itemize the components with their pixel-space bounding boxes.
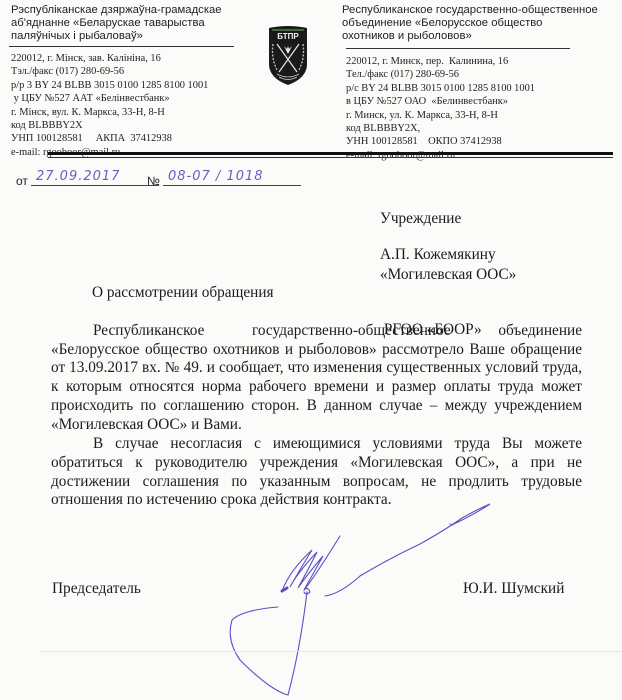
- body-paragraph: Республиканское государственно-обществен…: [51, 322, 582, 434]
- right-org-name: Республиканское государственно-обществен…: [342, 4, 602, 43]
- left-contact-line: код BLBBBY2X: [11, 119, 208, 132]
- date-label: от: [16, 174, 28, 188]
- left-org-name: Рэспубліканскае дзяржаўна-грамадскае аб'…: [11, 4, 236, 43]
- left-contact-line: Тэл./факс (017) 280-69-56: [11, 65, 208, 78]
- right-contact-line: УНН 100128581 ОКПО 37412938: [346, 135, 535, 148]
- letter-body: Республиканское государственно-обществен…: [51, 322, 582, 510]
- addressee-line: «Могилевская ООС»: [380, 266, 516, 285]
- header-separator-thin: [48, 157, 613, 158]
- left-header-rule: [9, 46, 234, 47]
- header-separator-thick: [48, 152, 613, 155]
- subject-line: О рассмотрении обращения: [92, 284, 274, 302]
- reference-line: от 27.09.2017 № 08-07 / 1018: [16, 170, 316, 190]
- left-contact-line: у ЦБУ №527 ААТ «Белінвестбанк»: [11, 92, 208, 105]
- right-contact-line: код BLBBBY2X,: [346, 122, 535, 135]
- right-contact-line: р/с BY 24 BLBB 3015 0100 1285 8100 1001: [346, 82, 535, 95]
- right-org-name-line: Республиканское государственно-обществен…: [342, 4, 602, 17]
- number-underline: [163, 185, 301, 186]
- right-header-rule: [346, 48, 570, 49]
- left-org-name-line: паляўнічых і рыбаловаў»: [11, 30, 236, 43]
- signatory-position: Председатель: [52, 580, 141, 598]
- emblem-icon: БТПР: [267, 24, 309, 86]
- date-underline: [31, 185, 159, 186]
- emblem-text: БТПР: [277, 32, 299, 41]
- date-value: 27.09.2017: [36, 169, 120, 184]
- number-value: 08-07 / 1018: [168, 169, 264, 184]
- right-contacts: 220012, г. Минск, пер. Калинина, 16 Тел.…: [346, 55, 535, 162]
- right-email: e-mail: rgooboor@mail.ru: [346, 149, 535, 162]
- right-contact-line: г. Минск, ул. К. Маркса, 33-Н, 8-Н: [346, 109, 535, 122]
- left-org-name-line: аб'яднанне «Беларускае таварыства: [11, 17, 236, 30]
- right-org-name-line: охотников и рыболовов»: [342, 30, 602, 43]
- paper-fold-line: [40, 651, 622, 652]
- left-contact-line: г. Мінск, вул. К. Маркса, 33-Н, 8-Н: [11, 106, 208, 119]
- right-contact-line: в ЦБУ №527 ОАО «Белинвестбанк»: [346, 95, 535, 108]
- left-org-name-line: Рэспубліканскае дзяржаўна-грамадскае: [11, 4, 236, 17]
- handwritten-signature: [190, 500, 510, 700]
- right-org-name-line: объединение «Белорусское общество: [342, 17, 602, 30]
- number-label: №: [147, 174, 160, 188]
- left-contacts: 220012, г. Мінск, зав. Калініна, 16 Тэл.…: [11, 52, 208, 159]
- left-contact-line: р/р 3 BY 24 BLBB 3015 0100 1285 8100 100…: [11, 79, 208, 92]
- left-contact-line: 220012, г. Мінск, зав. Калініна, 16: [11, 52, 208, 65]
- left-contact-line: УНП 100128581 АКПА 37412938: [11, 132, 208, 145]
- addressee-line: Учреждение: [380, 210, 516, 229]
- body-paragraph: В случае несогласия с имеющимися условия…: [51, 435, 582, 510]
- addressee-person: А.П. Кожемякину: [380, 246, 496, 265]
- right-contact-line: Тел./факс (017) 280-69-56: [346, 68, 535, 81]
- right-contact-line: 220012, г. Минск, пер. Калинина, 16: [346, 55, 535, 68]
